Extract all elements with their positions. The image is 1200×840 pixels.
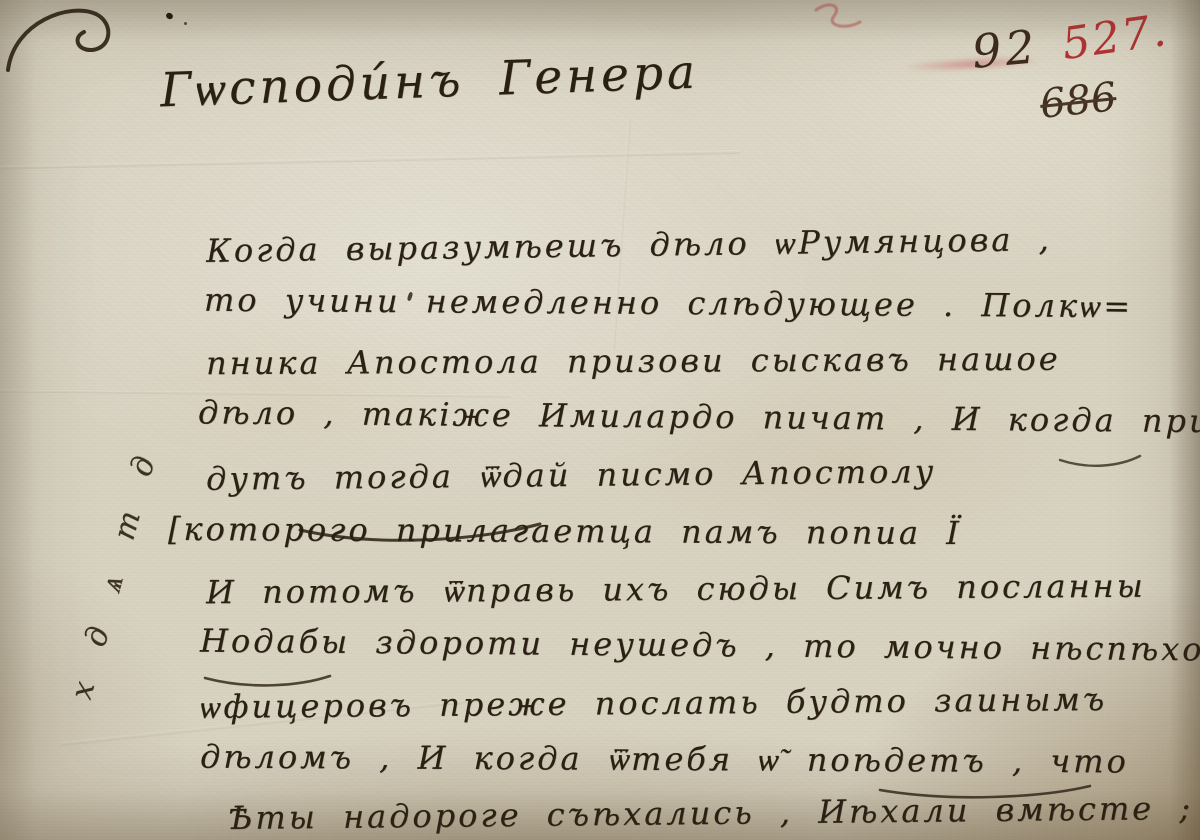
photo-vignette: [0, 0, 1200, 840]
manuscript-photo: Гѡсподи́нъ Генера 92 527. 686 Когда выра…: [0, 0, 1200, 840]
